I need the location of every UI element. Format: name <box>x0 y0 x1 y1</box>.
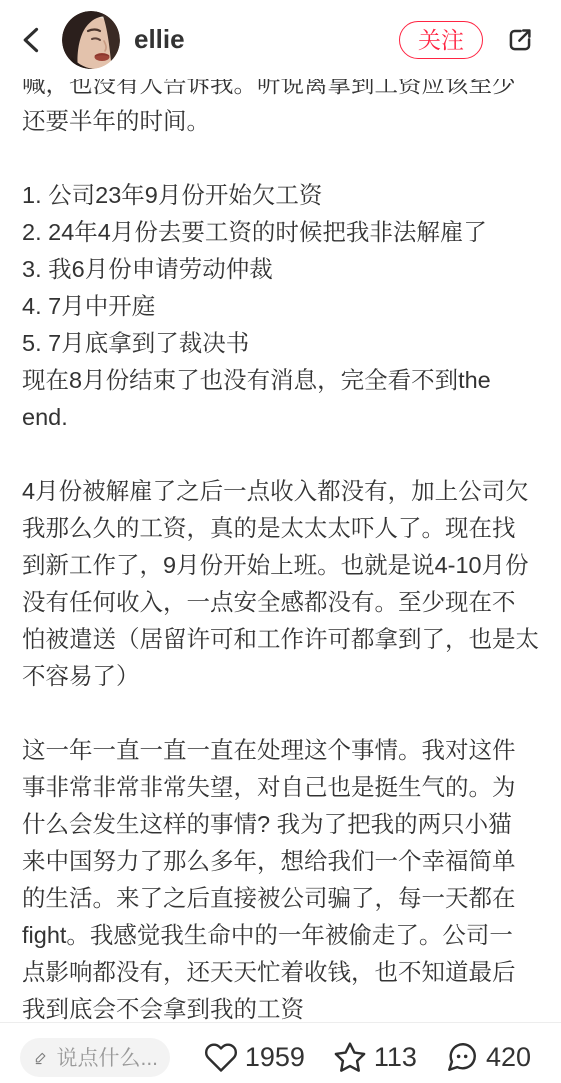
avatar[interactable] <box>62 11 120 69</box>
speech-bubble-icon <box>445 1040 479 1074</box>
star-icon <box>333 1040 367 1074</box>
xiaohongshu-post-screen: 喊，也没有人告诉我。听说离拿到工资应该至少 还要半年的时间。 1. 公司23年9… <box>0 0 561 1083</box>
follow-button[interactable]: 关注 <box>399 21 483 59</box>
avatar-photo <box>62 11 120 69</box>
back-button[interactable] <box>16 23 50 57</box>
share-box-arrow-icon <box>505 25 535 55</box>
post-paragraph-2: 1. 公司23年9月份开始欠工资 2. 24年4月份去要工资的时候把我非法解雇了… <box>22 177 542 436</box>
collect-count: 113 <box>374 1042 417 1073</box>
comment-placeholder: 说点什么... <box>56 1042 158 1072</box>
collect-button[interactable]: 113 <box>333 1040 417 1074</box>
comment-input[interactable]: 说点什么... <box>20 1038 170 1077</box>
chevron-left-icon <box>16 23 50 57</box>
post-paragraph-3: 4月份被解雇了之后一点收入都没有，加上公司欠 我那么久的工资，真的是太太太吓人了… <box>22 473 542 695</box>
heart-icon <box>204 1040 238 1074</box>
comment-button[interactable]: 420 <box>445 1040 531 1074</box>
like-button[interactable]: 1959 <box>204 1040 305 1074</box>
pencil-icon <box>33 1046 48 1069</box>
comment-count: 420 <box>486 1042 531 1073</box>
like-count: 1959 <box>245 1042 305 1073</box>
share-button[interactable] <box>505 25 535 55</box>
post-paragraph-4: 这一年一直一直一直在处理这个事情。我对这件 事非常非常非常失望，对自己也是挺生气… <box>22 732 542 1028</box>
post-body: 喊，也没有人告诉我。听说离拿到工资应该至少 还要半年的时间。 1. 公司23年9… <box>22 66 542 1065</box>
username[interactable]: ellie <box>134 24 185 55</box>
bottom-bar: 说点什么... 1959 113 420 <box>0 1022 561 1083</box>
top-bar: ellie 关注 <box>0 0 561 79</box>
